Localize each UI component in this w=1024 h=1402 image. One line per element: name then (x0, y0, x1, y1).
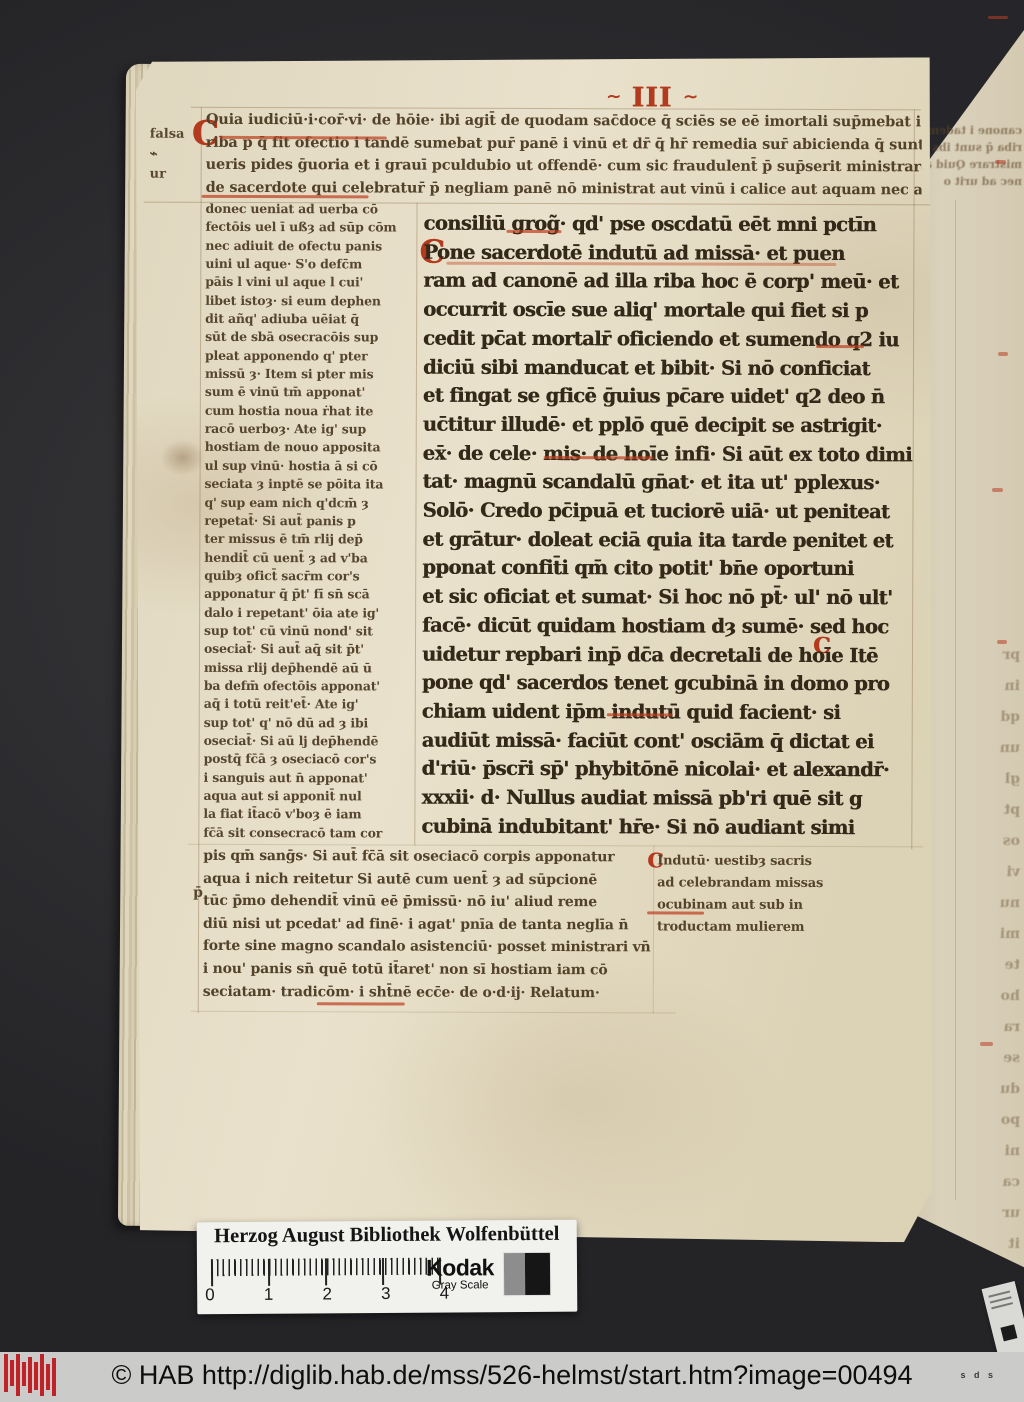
text-line: ul sup vinū· hostia ā si cō (205, 457, 417, 476)
text-line: ad celebrandam missas (657, 872, 875, 895)
text-line: ra (946, 1012, 1020, 1043)
text-line: pt (946, 795, 1020, 826)
text-line: ram ad canonē ad illa riba hoc ē corp' m… (423, 267, 921, 297)
text-line: d'riū· p̄scr̄i sp̄' phybitōnē nicolai· e… (422, 755, 920, 785)
red-rubric-trace (998, 352, 1008, 356)
text-line: nec adiuit de ofectu panis (205, 237, 417, 256)
text-line: audiūt missā· faciūt cont' osciām q̄ dic… (422, 726, 920, 756)
text-line: pr (946, 640, 1020, 671)
text-line: consiliū grog̃· qd' pse oscdatū eēt mni … (423, 210, 921, 240)
black-patch (525, 1253, 550, 1295)
text-line: q' sup eam nich q'dcm̄ ȝ (204, 493, 416, 512)
text-line: ni (946, 1136, 1020, 1167)
text-line: nu (946, 888, 1020, 919)
red-rubric-trace (997, 640, 1007, 644)
right-column: consiliū grog̃· qd' pse oscdatū eēt mni … (421, 210, 921, 843)
text-line: libet istoȝ· si eum dephen (205, 292, 417, 311)
text-line: i sanguis aut n̄ apponat' (204, 769, 416, 788)
kodak-label: Kodak Gray Scale (415, 1254, 505, 1292)
show-through-column: prinqdunglptosvinumitehoraseduponicaurit (946, 640, 1020, 1260)
text-line: os (946, 826, 1020, 857)
red-rubric-trace (992, 488, 1003, 492)
text-line: et sic oficiat et sumat· Si hoc nō pt̄· … (422, 583, 920, 613)
ruling-line (191, 1011, 676, 1014)
text-line: un (946, 733, 1020, 764)
text-line: 0 (205, 1285, 215, 1305)
text-line: tūc p̄mo dehendit̄ vinū eē p̄missū· nō i… (203, 890, 673, 914)
text-line: hostiam de nouo apposita (205, 438, 417, 457)
ruler-major-ticks (211, 1258, 443, 1287)
text-line: racō uerboȝ· Ate ig' sup (205, 420, 417, 439)
text-line: aqua i nich reitetur Si autē cum uent̄ ȝ… (203, 867, 673, 891)
folio-number: ∼ III ∼ (572, 82, 732, 114)
text-line: it (946, 1229, 1020, 1260)
text-line: 1 (264, 1285, 274, 1305)
text-line: mi (946, 919, 1020, 950)
text-line: quibȝ ofict̄ sacr̄m cor's (204, 567, 416, 586)
ruling-line (198, 107, 202, 1013)
text-line: repetat̄· Si aut̄ panis p (204, 512, 416, 531)
red-rubric-trace (980, 1042, 993, 1046)
manuscript-page: ∼ III ∼ falsa⌁ur p̄ C C C C Quia iudiciū… (132, 55, 936, 1243)
text-line: ho (946, 981, 1020, 1012)
text-line: 3 (381, 1284, 391, 1304)
facing-card-fragment (982, 1281, 1024, 1361)
text-line: ex̄· de cele· mis· de hoīe infi· Si aūt … (423, 439, 921, 469)
margin-letter: p̄ (193, 885, 203, 901)
text-line: pāis l vini ul aque l cui' (205, 273, 417, 292)
left-column: donec ueniat ad uerba cōfectōis uel ī uß… (203, 200, 417, 843)
text-line: et fingat se gficē ḡuius pc̄are uidet' q… (423, 382, 921, 412)
text-line: seciatam· tradicōm· i sht̄nē ecc̄e· de o… (203, 980, 673, 1004)
text-line: sūt de sbā osecracōis sup (205, 328, 417, 347)
rubric-underline (607, 713, 673, 716)
text-line: pleat apponendo q' pter (205, 347, 417, 366)
ruler: 01234 (211, 1258, 449, 1304)
bottom-text-block: pis qm̄ sanḡs· Si aut̄ fc̄ā sit oseciacō… (203, 845, 674, 1005)
text-line: vi (946, 857, 1020, 888)
gray-scale-patch (503, 1252, 551, 1296)
copyright-caption: © HAB http://diglib.hab.de/mss/526-helms… (0, 1360, 1024, 1391)
text-line: uidetur repbari inp̄ dc̄a decretali de h… (422, 640, 920, 670)
text-line: pponat confit̄i qm̄ cito potit' bn̄e opo… (422, 554, 920, 584)
text-line: uc̄titur illudē· et pplō quē decipit se … (423, 411, 921, 441)
text-line: fectōis uel ī ußȝ ad sūp cōm (205, 218, 417, 237)
text-line: missū ȝ· Item si pter mis (205, 365, 417, 384)
rubric-underline (317, 1002, 405, 1005)
folio-numeral: III (631, 82, 672, 113)
text-line: i nou' panis sn̄ quē totū it̄aret' non s… (203, 958, 673, 982)
text-line: la fiat it̄acō v'boȝ ē iam (203, 805, 415, 824)
text-line: dalo i repetant' ōia ate ig' (204, 603, 416, 622)
text-line: et grātur· doleat eciā quia ita tarde pe… (422, 525, 920, 555)
text-line: fc̄ā sit consecracō tam cor (203, 824, 415, 843)
text-line: troductam mulierem (657, 916, 875, 939)
text-line: ur (946, 1198, 1020, 1229)
text-line: aq̄ i totū reit'et̄· Ate ig' (204, 695, 416, 714)
text-line: forte sine magno scandalo asistenciū· po… (203, 935, 673, 959)
text-line: 2 (322, 1284, 332, 1304)
text-line: se (946, 1043, 1020, 1074)
red-rubric-trace (995, 160, 1006, 164)
rubric-underline (816, 345, 864, 348)
flourish-right: ∼ (683, 87, 698, 108)
rubric-underline (647, 911, 704, 914)
text-line: pone qd' sacerdos tenet gcubinā in domo … (422, 669, 920, 699)
text-line: ca (946, 1167, 1020, 1198)
text-line: diciū sibi manducat et bibit· Si nō conf… (423, 353, 921, 383)
rubric-underline (506, 230, 561, 233)
text-line: ueris pides ḡuoria et i grauī pculdubio … (206, 154, 922, 179)
text-line: Solō· Credo pc̄ipuā et tuciorē uiā· ut p… (422, 497, 920, 527)
text-line: gl (946, 764, 1020, 795)
digitized-manuscript-photo: canone i tademriba q̄ sunt ibsmistrare Q… (0, 0, 1024, 1402)
text-line: sup tot' cū vinū nond' sit (204, 622, 416, 641)
text-line: te (946, 950, 1020, 981)
kodak-brand: Kodak (415, 1254, 505, 1282)
text-line: apponatur q̄ p̄t' fī sn̄ scā (204, 585, 416, 604)
text-line: cedit pc̄at mortalr̄ oficiendo et sumend… (423, 324, 921, 354)
top-text-block: Quia iudiciū·i·cor̄·vi· de hōie· ibi agi… (206, 109, 922, 202)
ruler-numbers: 01234 (205, 1284, 449, 1306)
text-line: sum ē vinū tm̄ apponat' (205, 383, 417, 402)
gray-patch (504, 1253, 525, 1295)
text-line: oseciat̄· Si aū lj dep̄hendē (204, 732, 416, 751)
text-line: pis qm̄ sanḡs· Si aut̄ fc̄ā sit oseciacō… (203, 845, 673, 869)
text-line: donec ueniat ad uerba cō (206, 200, 418, 219)
text-line: po (946, 1105, 1020, 1136)
text-line: oseciat̄· Si aut̄ aq̄ sit p̄t' (204, 640, 416, 659)
text-line: in (946, 671, 1020, 702)
text-line: aqua aut si apponit̄ nul (203, 787, 415, 806)
text-line: cum hostia noua ṙhat ite (205, 402, 417, 421)
text-line: de sacerdote qui celebratur̄ p̄ negliam … (206, 177, 922, 202)
text-line: qd (946, 702, 1020, 733)
text-line: riba p q̄ fit ofectio i tandē sumebat pu… (206, 131, 922, 156)
text-line: Quia iudiciū·i·cor̄·vi· de hōie· ibi agi… (206, 109, 922, 134)
red-rubric-trace (988, 16, 1008, 19)
flourish-left: ∼ (606, 86, 621, 107)
text-line: tat· magnū scandalū gn̄at· et ita ut' pp… (423, 468, 921, 498)
caption-strip: © HAB http://diglib.hab.de/mss/526-helms… (0, 1352, 1024, 1402)
text-line: seciata ȝ inptē se pōita ita (205, 475, 417, 494)
text-line: postq̄ fc̄ā ȝ oseciacō cor's (204, 750, 416, 769)
corner-code: s d s (960, 1370, 996, 1380)
text-line: xxxii· d· Nullus audiat missā pb'ri quē … (421, 784, 919, 814)
scale-card: Herzog August Bibliothek Wolfenbüttel 01… (197, 1220, 578, 1315)
text-line: Indutū· uestibȝ sacris (657, 850, 875, 873)
rubric-underline (544, 456, 654, 459)
black-patch (1000, 1324, 1017, 1341)
text-line: ba defm̄ ofectōis apponat' (204, 677, 416, 696)
text-line: ur (150, 165, 202, 185)
text-line: hendit̄ cū uent̄ ȝ ad v'ba (204, 548, 416, 567)
text-line: diū nisi ut pcedat' ad finē· i agat' pnī… (203, 913, 673, 937)
text-line: du (946, 1074, 1020, 1105)
text-line: sup tot' q' nō dū ad ȝ ibi (204, 713, 416, 732)
text-line: uini ul aque· S'o defc̄m (205, 255, 417, 274)
text-line: facē· dicūt quidam hostiam dȝ sumē· sed … (422, 611, 920, 641)
text-line: cubinā indubitant' hr̄e· Si nō audiant s… (421, 812, 919, 842)
text-line: occurrit oscīe sue aliq' mortale qui fie… (423, 296, 921, 326)
text-line: dit añq' adiuba uēiat q̄ (205, 310, 417, 329)
scale-card-title: Herzog August Bibliothek Wolfenbüttel (197, 1223, 577, 1249)
text-line: missa rlij dep̄hendē aū ū (204, 658, 416, 677)
right-margin-gloss: Indutū· uestibȝ sacrisad celebrandam mis… (657, 850, 875, 939)
text-line: ter missus ē tm̄ rlij dep̄ (204, 530, 416, 549)
